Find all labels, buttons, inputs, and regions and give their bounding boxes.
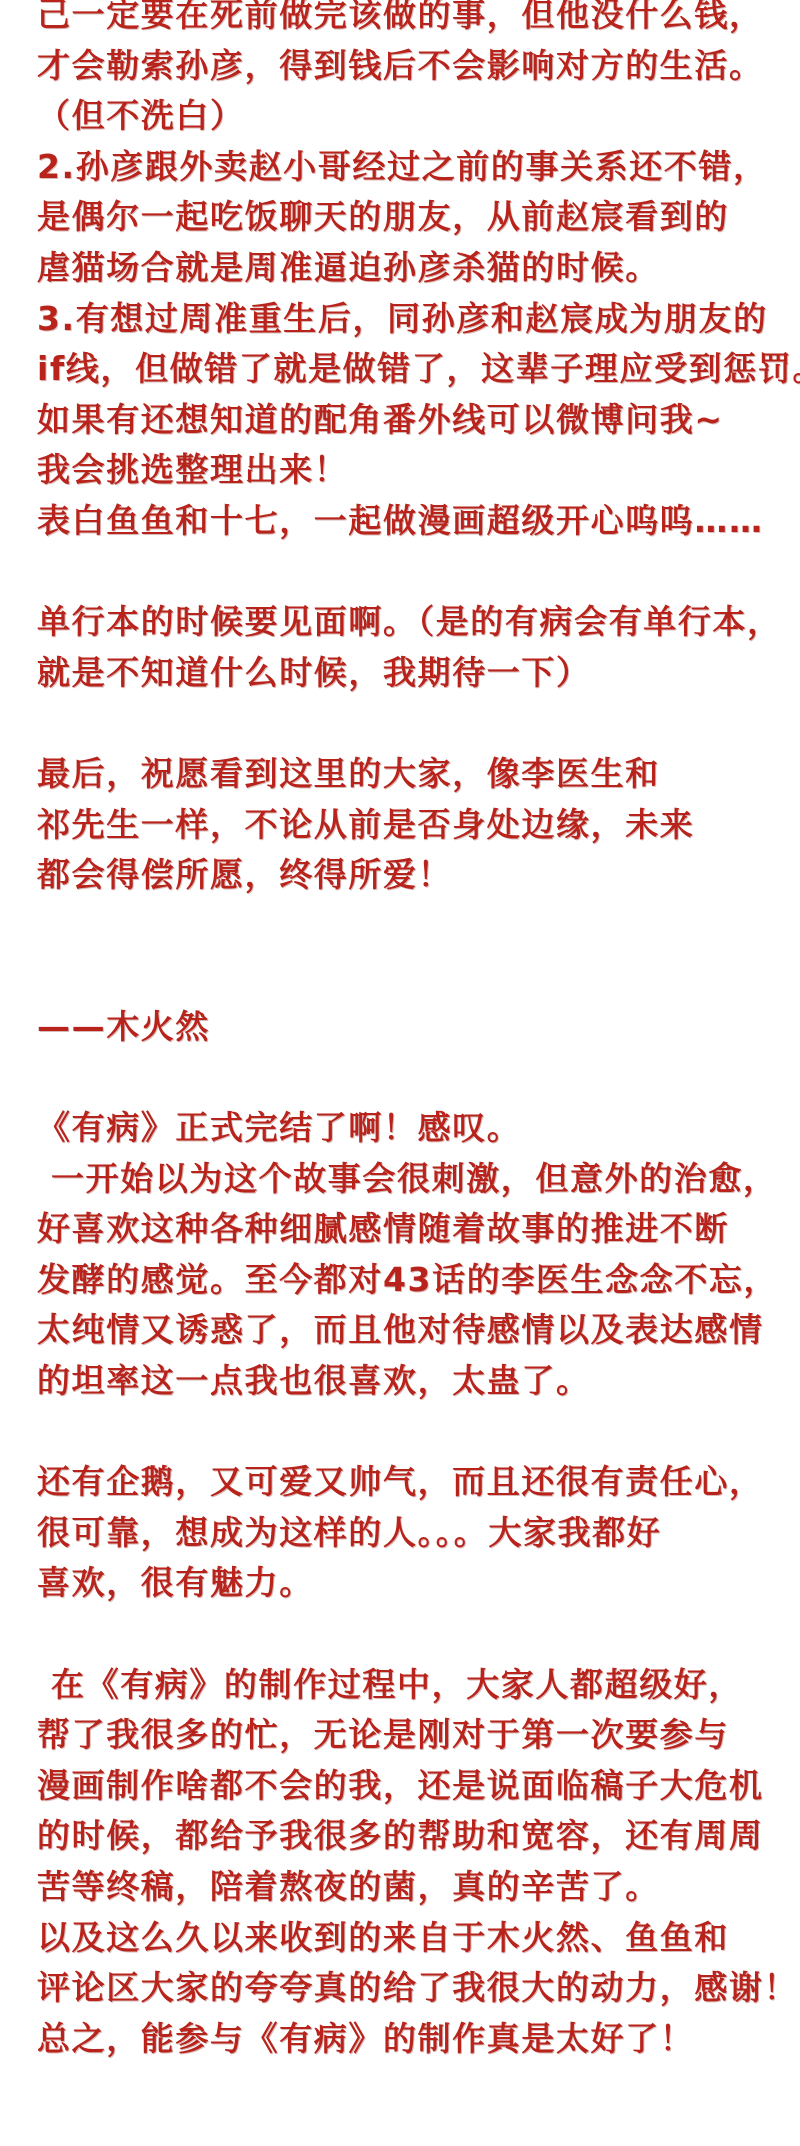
point-3: 3.有想过周准重生后，同孙彦和赵宸成为朋友的 if线，但做错了就是做错了，这辈子…	[37, 294, 800, 395]
text-line: 评论区大家的夸夸真的给了我很大的动力，感谢！	[37, 1963, 800, 2014]
paragraph-spacer	[37, 951, 800, 1002]
paragraph-spacer	[37, 1052, 800, 1103]
text-line: 我会挑选整理出来！	[37, 445, 800, 496]
text-line: 祁先生一样，不论从前是否身处边缘，未来	[37, 800, 800, 851]
paragraph-spacer	[37, 1609, 800, 1660]
paragraph-spacer	[37, 901, 800, 952]
text-line: 帮了我很多的忙，无论是刚对于第一次要参与	[37, 1710, 800, 1761]
final-wishes: 最后，祝愿看到这里的大家，像李医生和 祁先生一样，不论从前是否身处边缘，未来 都…	[37, 749, 800, 901]
text-line: 在《有病》的制作过程中，大家人都超级好，	[37, 1660, 800, 1711]
point-1-continued: 己一定要在死前做完该做的事，但他没什么钱， 才会勒索孙彦，得到钱后不会影响对方的…	[37, 0, 800, 142]
paragraph-1: 《有病》正式完结了啊！感叹。 一开始以为这个故事会很刺激，但意外的治愈， 好喜欢…	[37, 1103, 800, 1407]
text-line: （但不洗白）	[37, 91, 800, 142]
text-line: 的坦率这一点我也很喜欢，太蛊了。	[37, 1356, 800, 1407]
text-line: 一开始以为这个故事会很刺激，但意外的治愈，	[37, 1154, 800, 1205]
text-line: 虐猫场合就是周准逼迫孙彦杀猫的时候。	[37, 243, 800, 294]
text-line: 单行本的时候要见面啊。（是的有病会有单行本，	[37, 597, 800, 648]
text-line: 的时候，都给予我很多的帮助和宽容，还有周周	[37, 1811, 800, 1862]
text-line: 以及这么久以来收到的来自于木火然、鱼鱼和	[37, 1913, 800, 1964]
text-line: 漫画制作啥都不会的我，还是说面临稿子大危机	[37, 1761, 800, 1812]
text-line: 很可靠，想成为这样的人。。。大家我都好	[37, 1508, 800, 1559]
second-author-note: 《有病》正式完结了啊！感叹。 一开始以为这个故事会很刺激，但意外的治愈， 好喜欢…	[37, 1103, 800, 2064]
text-line: 才会勒索孙彦，得到钱后不会影响对方的生活。	[37, 41, 800, 92]
volume-note: 单行本的时候要见面啊。（是的有病会有单行本， 就是不知道什么时候，我期待一下）	[37, 597, 800, 698]
text-line: 就是不知道什么时候，我期待一下）	[37, 648, 800, 699]
author-signature: ——木火然	[37, 1002, 800, 1053]
text-line: 喜欢，很有魅力。	[37, 1558, 800, 1609]
text-line: 最后，祝愿看到这里的大家，像李医生和	[37, 749, 800, 800]
text-line: 太纯情又诱惑了，而且他对待感情以及表达感情	[37, 1305, 800, 1356]
paragraph-spacer	[37, 1407, 800, 1458]
text-line: 都会得偿所愿，终得所爱！	[37, 850, 800, 901]
text-line: 是偶尔一起吃饭聊天的朋友，从前赵宸看到的	[37, 192, 800, 243]
text-line: 己一定要在死前做完该做的事，但他没什么钱，	[37, 0, 800, 41]
closing-remarks: 如果有还想知道的配角番外线可以微博问我~ 我会挑选整理出来！ 表白鱼鱼和十七，一…	[37, 395, 800, 547]
paragraph-3: 在《有病》的制作过程中，大家人都超级好， 帮了我很多的忙，无论是刚对于第一次要参…	[37, 1660, 800, 2065]
paragraph-spacer	[37, 698, 800, 749]
text-line: 苦等终稿，陪着熬夜的菌，真的辛苦了。	[37, 1862, 800, 1913]
first-author-note: 己一定要在死前做完该做的事，但他没什么钱， 才会勒索孙彦，得到钱后不会影响对方的…	[37, 0, 800, 1052]
text-line: 如果有还想知道的配角番外线可以微博问我~	[37, 395, 800, 446]
text-line: 3.有想过周准重生后，同孙彦和赵宸成为朋友的	[37, 294, 800, 345]
point-2: 2.孙彦跟外卖赵小哥经过之前的事关系还不错， 是偶尔一起吃饭聊天的朋友，从前赵宸…	[37, 142, 800, 294]
text-line: 好喜欢这种各种细腻感情随着故事的推进不断	[37, 1204, 800, 1255]
afterword-page: 己一定要在死前做完该做的事，但他没什么钱， 才会勒索孙彦，得到钱后不会影响对方的…	[37, 0, 800, 2064]
text-line: 2.孙彦跟外卖赵小哥经过之前的事关系还不错，	[37, 142, 800, 193]
paragraph-2: 还有企鹅，又可爱又帅气，而且还很有责任心， 很可靠，想成为这样的人。。。大家我都…	[37, 1457, 800, 1609]
text-line: 还有企鹅，又可爱又帅气，而且还很有责任心，	[37, 1457, 800, 1508]
text-line: 总之，能参与《有病》的制作真是太好了！	[37, 2014, 800, 2065]
text-line: 《有病》正式完结了啊！感叹。	[37, 1103, 800, 1154]
paragraph-spacer	[37, 547, 800, 598]
text-line: 表白鱼鱼和十七，一起做漫画超级开心呜呜……	[37, 496, 800, 547]
text-line: if线，但做错了就是做错了，这辈子理应受到惩罚。	[37, 344, 800, 395]
text-line: 发酵的感觉。至今都对43话的李医生念念不忘，	[37, 1255, 800, 1306]
